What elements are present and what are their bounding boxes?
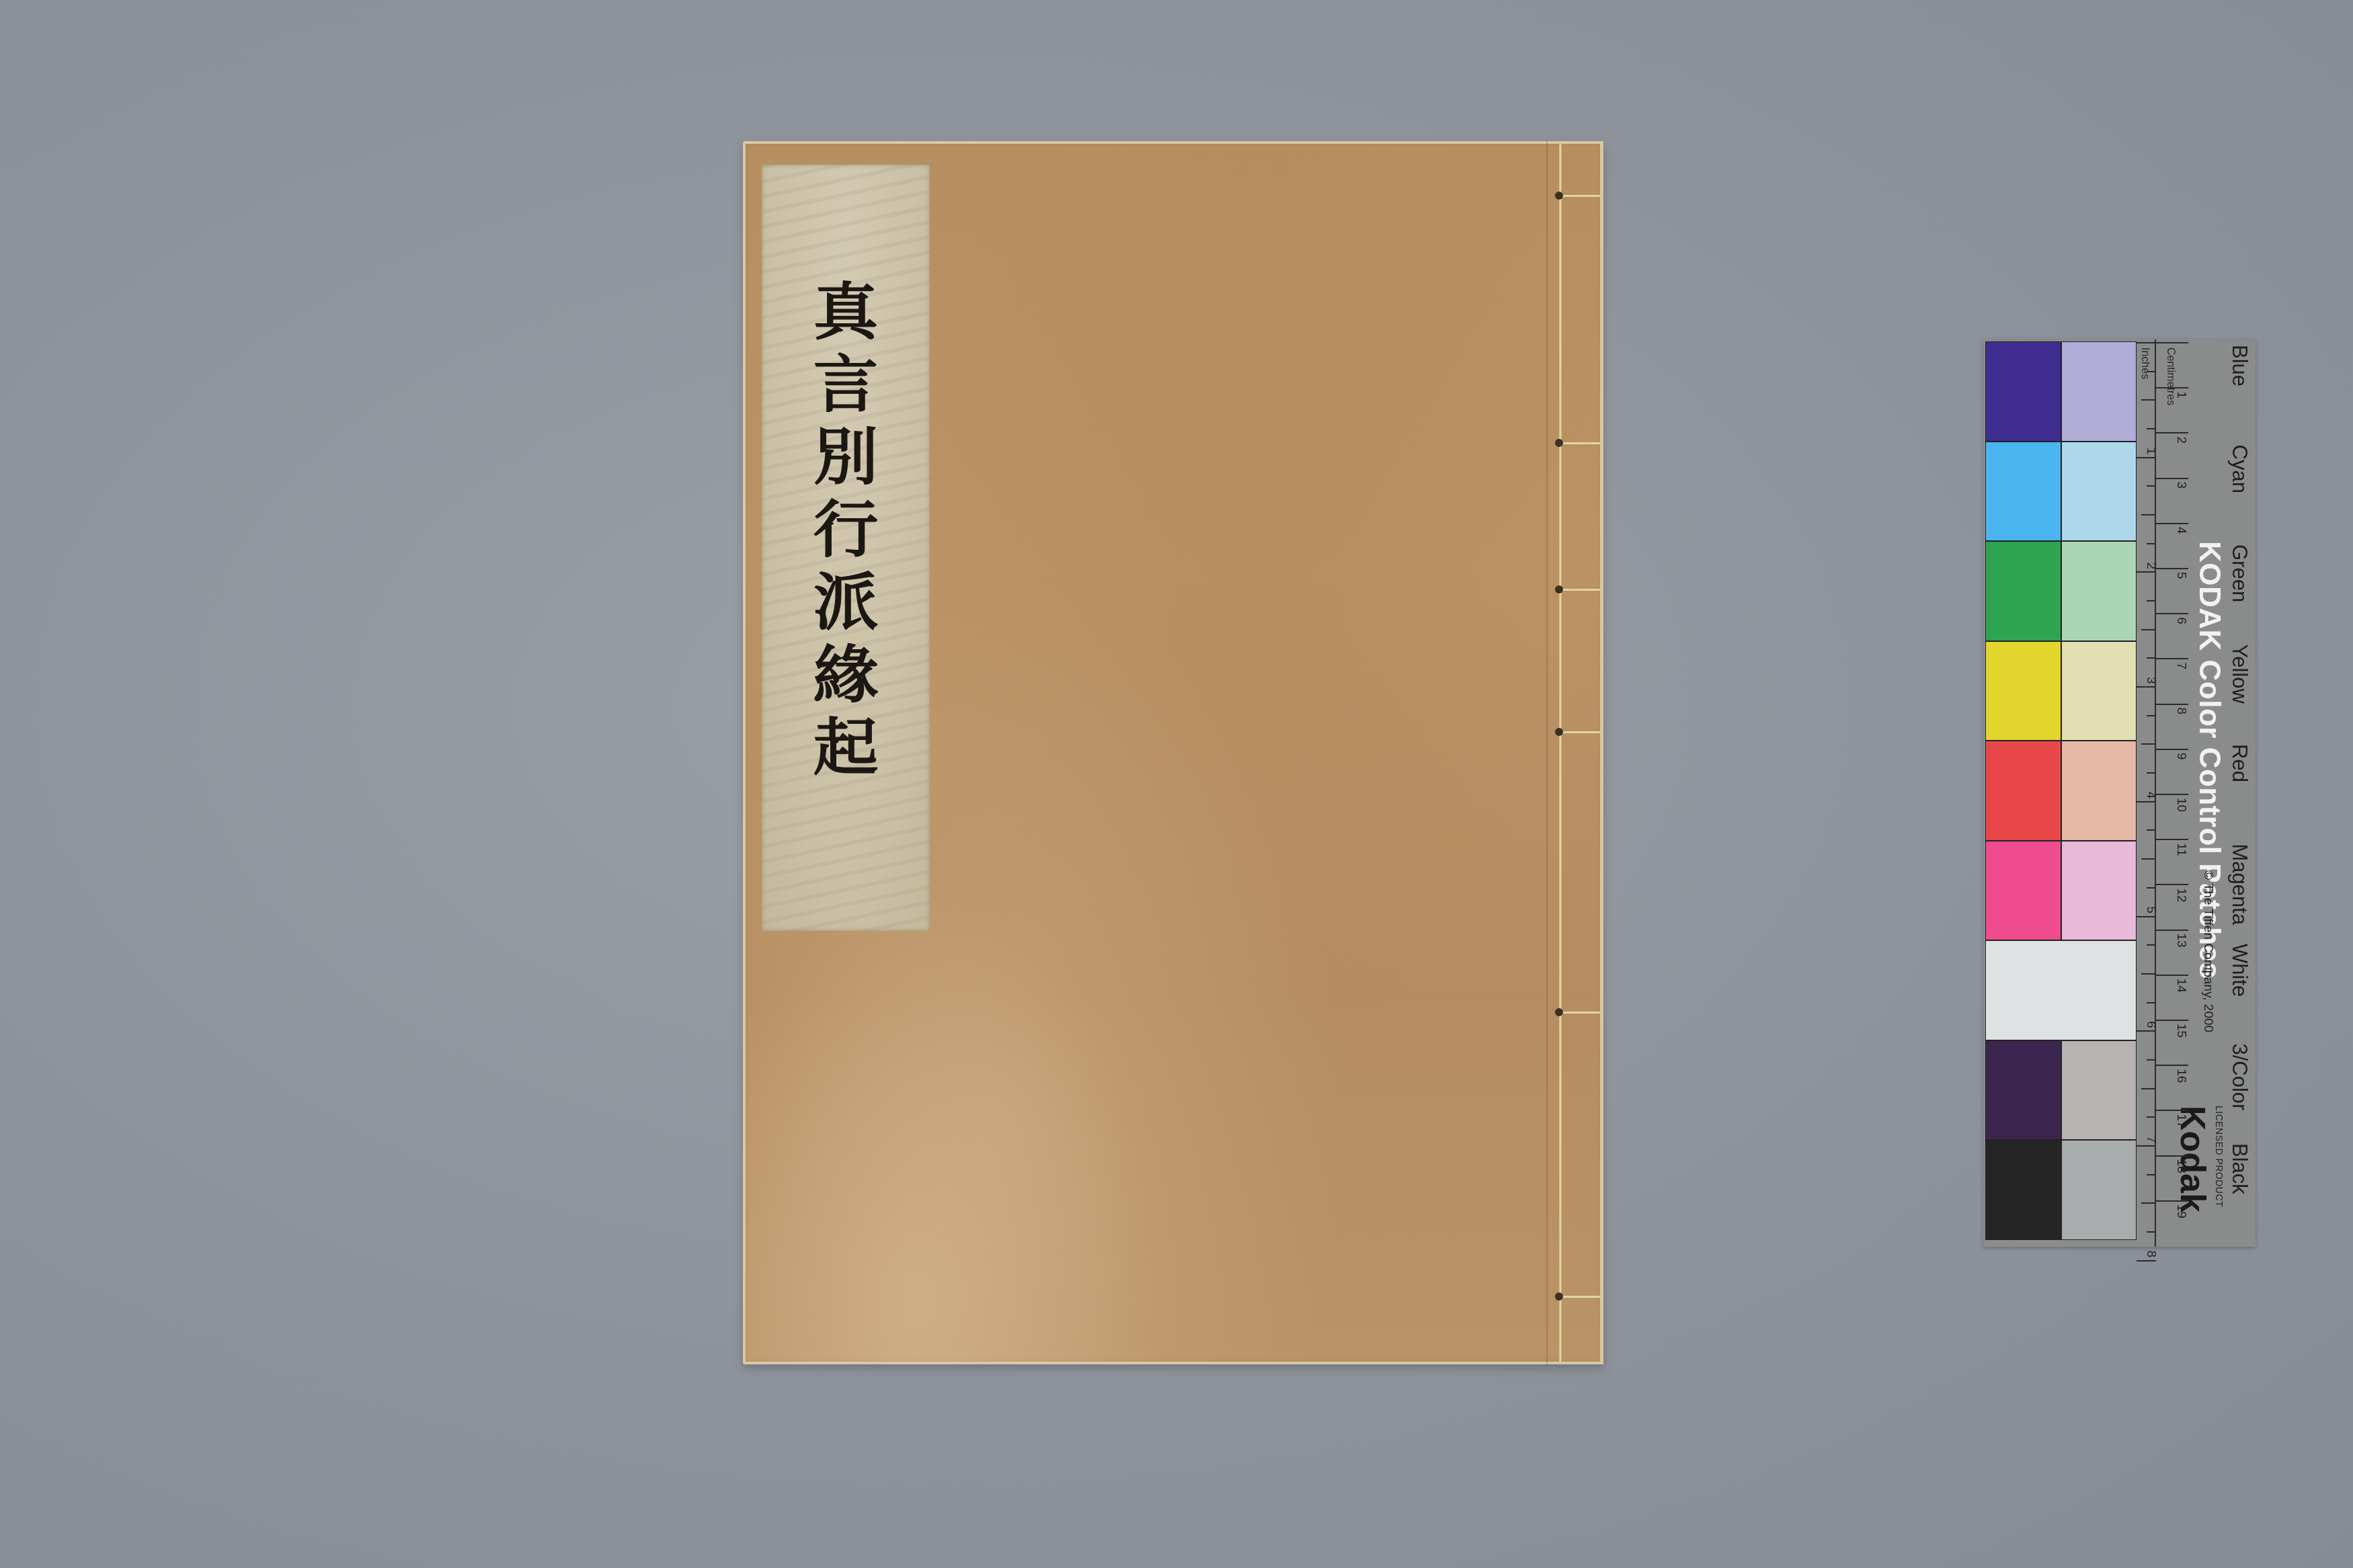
kodak-color-card: Centimetres Inches KODAK Color Control P… <box>1983 339 2256 1247</box>
ruler-strip: Centimetres Inches KODAK Color Control P… <box>2137 339 2256 1247</box>
stitch-hole <box>1555 1008 1563 1016</box>
cm-tick-label: 10 <box>2173 798 2188 812</box>
inch-tick <box>2137 342 2156 343</box>
patch-cyan-dark <box>1985 442 2061 542</box>
cm-tick-label: 5 <box>2173 572 2188 579</box>
inch-tick <box>2137 1260 2156 1262</box>
cm-major-tick <box>2156 478 2188 479</box>
patch-name-label: Red <box>2227 744 2251 782</box>
cm-tick-label: 3 <box>2173 482 2188 489</box>
cm-tick-label: 16 <box>2173 1069 2188 1083</box>
title-character: 行 <box>813 493 879 566</box>
inch-tick <box>2147 772 2156 774</box>
inch-tick-label: 3 <box>2143 677 2158 684</box>
cm-tick-label: 14 <box>2173 979 2188 993</box>
inch-tick <box>2137 801 2156 802</box>
inch-tick <box>2147 1116 2156 1118</box>
inch-tick <box>2147 1059 2156 1061</box>
inch-tick <box>2147 1231 2156 1233</box>
stitch-hole <box>1555 728 1563 736</box>
cm-tick-label: 15 <box>2173 1024 2188 1038</box>
inch-tick <box>2147 485 2156 487</box>
cm-tick-label: 7 <box>2173 662 2188 669</box>
patch-magenta-light <box>2061 841 2137 941</box>
cm-tick-label: 19 <box>2173 1204 2188 1219</box>
cm-major-tick <box>2156 1155 2188 1157</box>
cm-major-tick <box>2156 1020 2188 1021</box>
inch-tick <box>2137 916 2156 917</box>
inch-tick <box>2147 715 2156 716</box>
inch-tick-label: 1 <box>2143 448 2158 455</box>
title-character: 派 <box>813 566 879 638</box>
inch-tick-label: 5 <box>2143 907 2158 914</box>
cm-major-tick <box>2156 1065 2188 1066</box>
title-character: 言 <box>813 348 879 421</box>
patch-3-color-light <box>2061 1040 2137 1141</box>
patch-green-dark <box>1985 541 2061 641</box>
inch-tick-label: 8 <box>2143 1251 2158 1258</box>
cm-major-tick <box>2156 1110 2188 1111</box>
patch-blue-light <box>2061 341 2137 442</box>
inch-tick <box>2147 371 2156 372</box>
patch-name-label: Black <box>2227 1143 2251 1194</box>
licensed-product-text: LICENSED PRODUCT <box>2214 1106 2225 1207</box>
cm-tick-label: 18 <box>2173 1159 2188 1173</box>
patch-name-label: Yellow <box>2227 645 2251 704</box>
inch-tick <box>2141 1088 2156 1089</box>
cm-major-tick <box>2156 749 2188 750</box>
cm-major-tick <box>2156 342 2188 343</box>
inch-tick-label: 6 <box>2143 1021 2158 1028</box>
cm-tick-label: 8 <box>2173 708 2188 715</box>
patch-name-label: Blue <box>2227 345 2251 386</box>
cm-tick-label: 17 <box>2173 1114 2188 1128</box>
inch-tick <box>2147 1174 2156 1175</box>
patch-name-label: White <box>2227 944 2251 997</box>
cm-major-tick <box>2156 975 2188 976</box>
patch-cyan-light <box>2061 442 2137 542</box>
stitch-thread <box>1559 1296 1601 1298</box>
patch-red-dark <box>1985 741 2061 841</box>
cm-tick-label: 11 <box>2173 843 2188 856</box>
inch-tick <box>2137 686 2156 688</box>
patch-yellow-dark <box>1985 641 2061 741</box>
inch-tick <box>2141 743 2156 745</box>
inch-tick-label: 7 <box>2143 1136 2158 1143</box>
cm-major-tick <box>2156 704 2188 705</box>
book-cover: 真言別行派緣起 <box>743 141 1603 1364</box>
title-character: 起 <box>813 711 879 784</box>
inch-tick <box>2137 457 2156 458</box>
patch-red-light <box>2061 741 2137 841</box>
patch-magenta-dark <box>1985 841 2061 941</box>
patch-green-light <box>2061 541 2137 641</box>
inch-tick <box>2147 543 2156 544</box>
stitch-hole <box>1555 192 1563 200</box>
cm-tick-label: 13 <box>2173 934 2188 948</box>
cm-major-tick <box>2156 523 2188 524</box>
title-character: 真 <box>813 276 879 348</box>
inch-tick <box>2137 1030 2156 1032</box>
cm-major-tick <box>2156 794 2188 795</box>
binding-thread <box>1559 141 1562 1364</box>
cm-major-tick <box>2156 613 2188 614</box>
inch-tick-label: 4 <box>2143 792 2158 799</box>
inch-tick <box>2147 428 2156 429</box>
cm-major-tick <box>2156 884 2188 885</box>
cm-major-tick <box>2156 1200 2188 1202</box>
inch-tick <box>2141 973 2156 975</box>
inch-tick <box>2147 829 2156 831</box>
color-patches <box>1985 341 2137 1245</box>
inch-tick <box>2141 858 2156 860</box>
spine-edge <box>1600 141 1603 1364</box>
cm-major-tick <box>2156 387 2188 388</box>
inch-tick <box>2147 944 2156 946</box>
inch-tick <box>2141 399 2156 401</box>
title-character: 緣 <box>813 638 879 711</box>
cm-tick-label: 1 <box>2173 391 2188 399</box>
patch-white <box>1985 940 2137 1040</box>
inch-tick <box>2137 571 2156 573</box>
stitch-thread <box>1559 442 1601 444</box>
cm-major-tick <box>2156 930 2188 931</box>
cm-tick-label: 4 <box>2173 527 2188 534</box>
patch-name-label: Magenta <box>2227 844 2251 925</box>
cm-major-tick <box>2156 658 2188 659</box>
stitch-thread <box>1559 731 1601 733</box>
stitch-hole <box>1555 1292 1563 1301</box>
cm-tick-label: 6 <box>2173 617 2188 624</box>
inch-tick <box>2141 629 2156 630</box>
inches-label: Inches <box>2139 347 2151 379</box>
patch-yellow-light <box>2061 641 2137 741</box>
patch-name-label: 3/Color <box>2227 1044 2251 1111</box>
cm-tick-label: 2 <box>2173 436 2188 444</box>
stitch-thread <box>1559 589 1601 591</box>
inch-tick <box>2147 1002 2156 1003</box>
spine-crease <box>1546 141 1548 1364</box>
cm-tick-label: 9 <box>2173 753 2188 760</box>
stitch-thread <box>1559 1012 1601 1014</box>
patch-blue-dark <box>1985 341 2061 442</box>
patch-name-label: Cyan <box>2227 445 2251 493</box>
cm-tick-label: 12 <box>2173 888 2188 902</box>
stitch-hole <box>1555 585 1563 593</box>
inch-tick <box>2147 600 2156 602</box>
inch-tick <box>2141 1202 2156 1204</box>
patch-black-dark <box>1985 1140 2061 1240</box>
title-label: 真言別行派緣起 <box>762 165 930 931</box>
stitch-hole <box>1555 439 1563 447</box>
cm-major-tick <box>2156 568 2188 569</box>
cm-major-tick <box>2156 839 2188 840</box>
inch-tick <box>2147 657 2156 659</box>
patch-3-color-dark <box>1985 1040 2061 1141</box>
inch-tick <box>2147 887 2156 889</box>
patch-name-label: Green <box>2227 544 2251 602</box>
inch-tick <box>2141 514 2156 515</box>
patch-black-light <box>2061 1140 2137 1240</box>
title-character: 別 <box>813 421 879 493</box>
cm-major-tick <box>2156 432 2188 434</box>
inch-tick <box>2137 1145 2156 1147</box>
inch-tick-label: 2 <box>2143 562 2158 569</box>
stitch-thread <box>1559 195 1601 197</box>
copyright-text: © The Tiffen Company, 2000 <box>2200 870 2215 1032</box>
